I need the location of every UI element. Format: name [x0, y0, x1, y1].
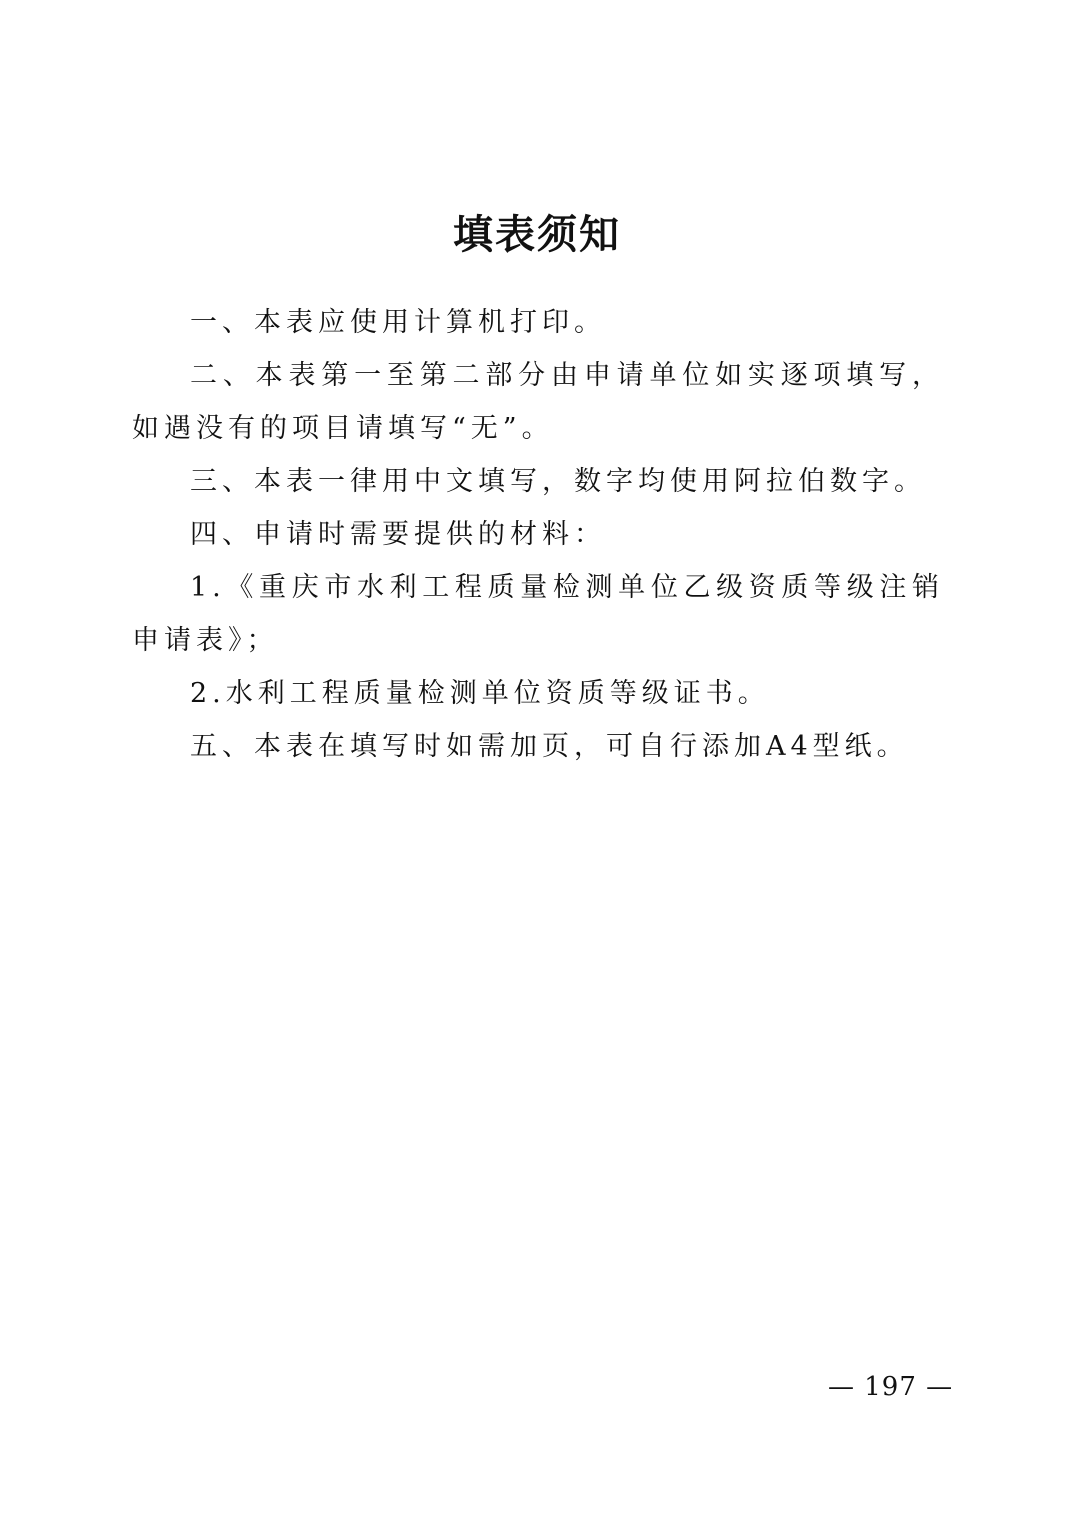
- page-title: 填表须知: [0, 209, 1074, 261]
- instruction-4: 四、申请时需要提供的材料：: [132, 508, 944, 561]
- instruction-5: 五、本表在填写时如需加页，可自行添加A4型纸。: [132, 720, 944, 773]
- instruction-3: 三、本表一律用中文填写，数字均使用阿拉伯数字。: [132, 455, 944, 508]
- material-item-2: 2.水利工程质量检测单位资质等级证书。: [132, 667, 944, 720]
- instruction-1: 一、本表应使用计算机打印。: [132, 296, 944, 349]
- page-number: — 197 —: [828, 1372, 953, 1402]
- instruction-2: 二、本表第一至第二部分由申请单位如实逐项填写，如遇没有的项目请填写“无”。: [132, 349, 944, 455]
- material-item-1: 1.《重庆市水利工程质量检测单位乙级资质等级注销申请表》；: [132, 561, 944, 667]
